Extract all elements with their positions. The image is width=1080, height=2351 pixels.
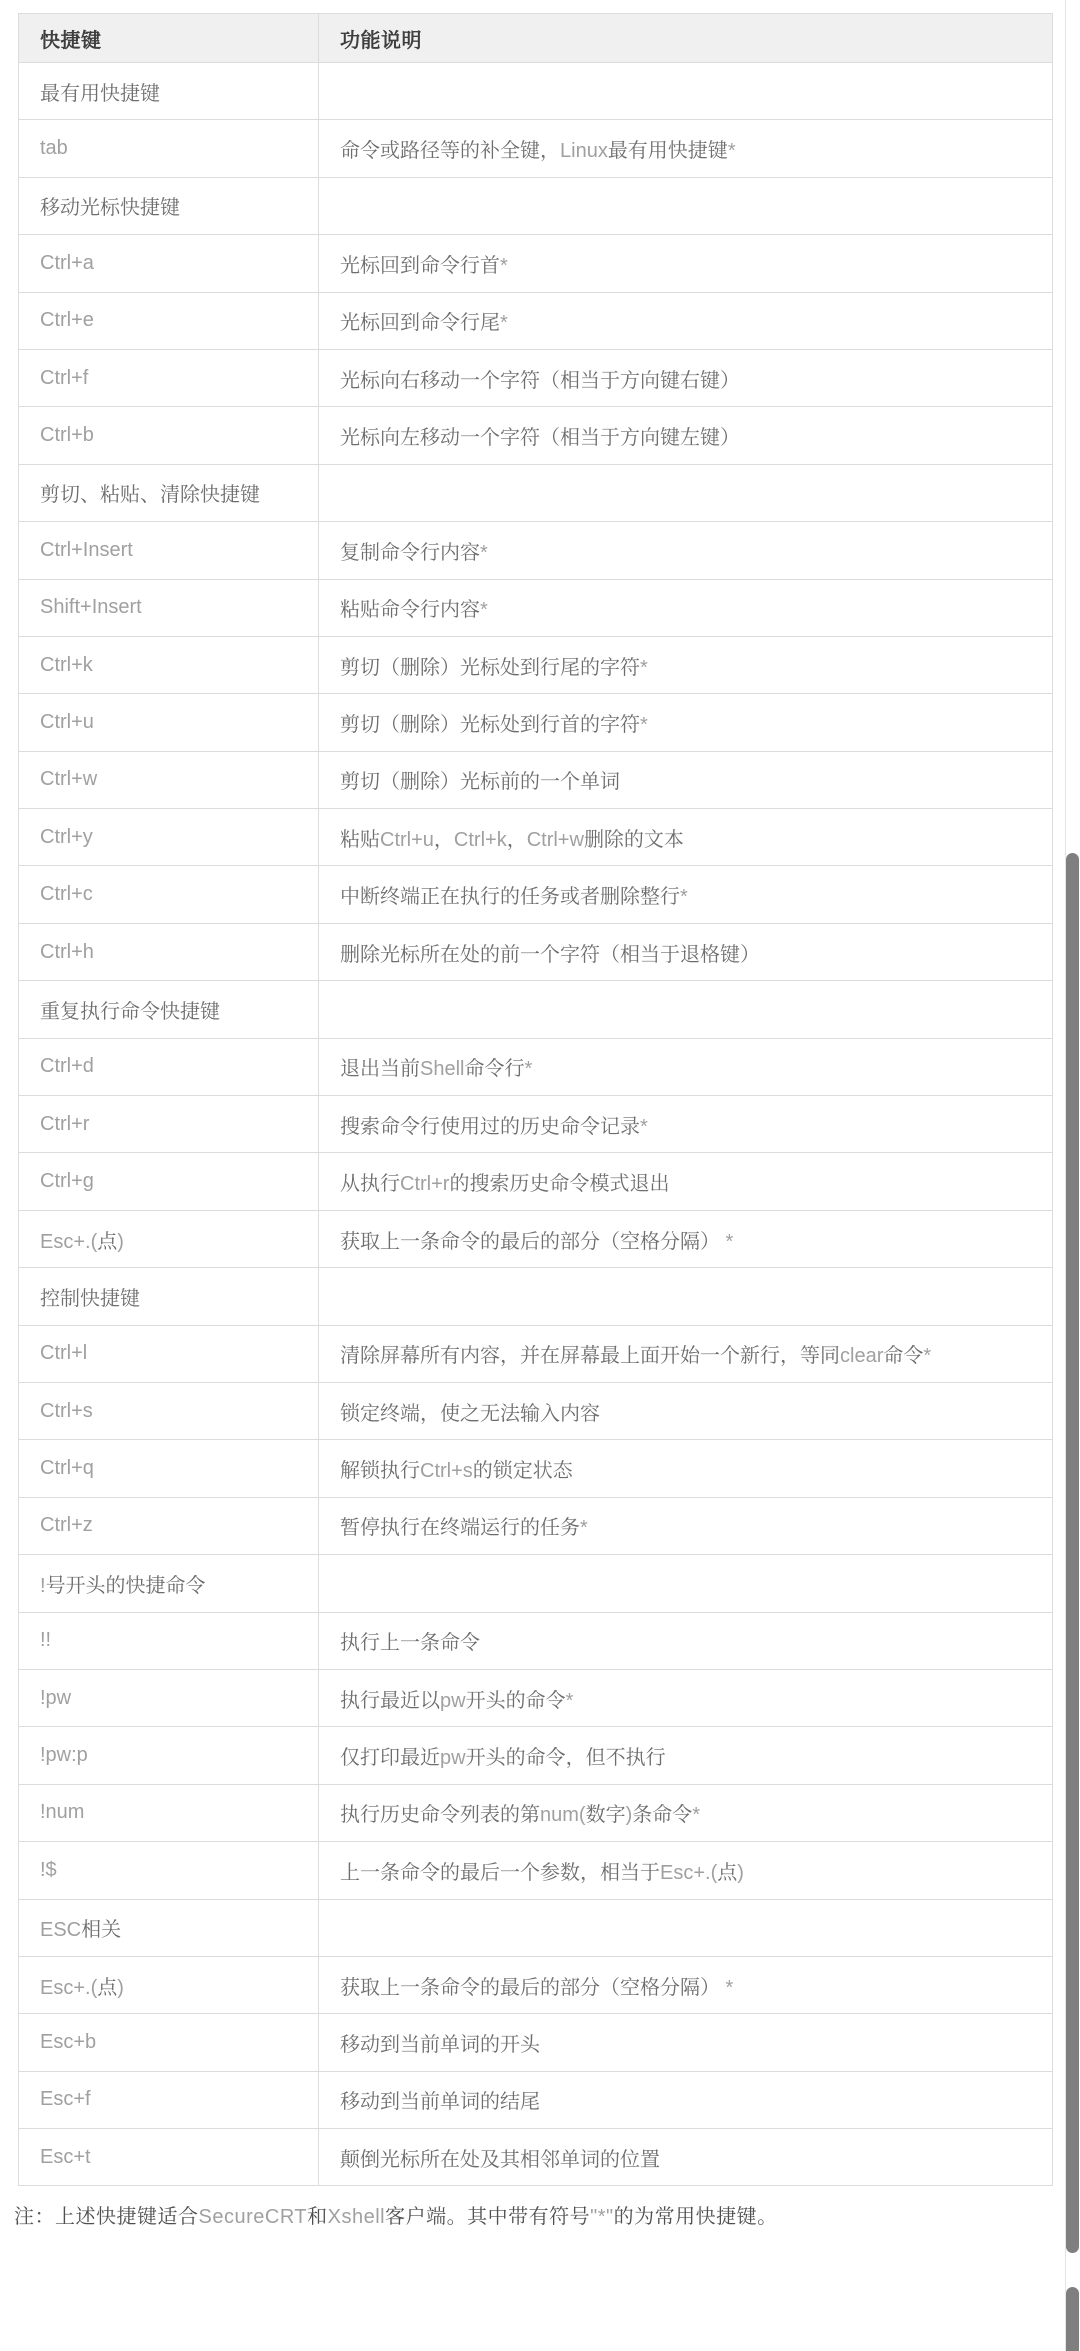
key-cell: Ctrl+g [19,1153,319,1210]
key-cell: !num [19,1784,319,1841]
description-cell: 光标回到命令行首* [319,235,1053,292]
section-row: 移动光标快捷键 [19,177,1053,234]
description-cell: 清除屏幕所有内容，并在屏幕最上面开始一个新行，等同clear命令* [319,1325,1053,1382]
table-row: Esc+f移动到当前单词的结尾 [19,2071,1053,2128]
key-cell: Ctrl+w [19,751,319,808]
description-cell: 获取上一条命令的最后的部分（空格分隔） * [319,1956,1053,2013]
section-row: 控制快捷键 [19,1268,1053,1325]
section-row: !号开头的快捷命令 [19,1555,1053,1612]
table-row: Ctrl+y粘贴Ctrl+u，Ctrl+k，Ctrl+w删除的文本 [19,809,1053,866]
table-row: Ctrl+z暂停执行在终端运行的任务* [19,1497,1053,1554]
key-cell: Ctrl+c [19,866,319,923]
section-row: 最有用快捷键 [19,63,1053,120]
table-row: !!执行上一条命令 [19,1612,1053,1669]
key-cell: Ctrl+k [19,636,319,693]
description-cell: 暂停执行在终端运行的任务* [319,1497,1053,1554]
table-header-row: 快捷键 功能说明 [19,14,1053,63]
description-cell: 光标向右移动一个字符（相当于方向键右键） [319,349,1053,406]
table-row: Esc+.(点)获取上一条命令的最后的部分（空格分隔） * [19,1956,1053,2013]
description-cell [319,464,1053,521]
description-cell: 颠倒光标所在处及其相邻单词的位置 [319,2129,1053,2186]
description-cell: 剪切（删除）光标处到行首的字符* [319,694,1053,751]
section-title-cell: 剪切、粘贴、清除快捷键 [19,464,319,521]
table-row: Esc+.(点)获取上一条命令的最后的部分（空格分隔） * [19,1210,1053,1267]
page: 快捷键 功能说明 最有用快捷键tab命令或路径等的补全键，Linux最有用快捷键… [0,0,1080,2351]
description-cell [319,1899,1053,1956]
description-cell [319,177,1053,234]
description-cell: 粘贴Ctrl+u，Ctrl+k，Ctrl+w删除的文本 [319,809,1053,866]
description-cell: 光标回到命令行尾* [319,292,1053,349]
column-header-desc: 功能说明 [319,14,1053,63]
description-cell: 执行上一条命令 [319,1612,1053,1669]
table-row: Ctrl+g从执行Ctrl+r的搜索历史命令模式退出 [19,1153,1053,1210]
key-cell: !pw:p [19,1727,319,1784]
table-row: !pw:p仅打印最近pw开头的命令，但不执行 [19,1727,1053,1784]
description-cell: 执行最近以pw开头的命令* [319,1669,1053,1726]
footnote: 注：上述快捷键适合SecureCRT和Xshell客户端。其中带有符号"*"的为… [14,2202,1044,2232]
description-cell: 解锁执行Ctrl+s的锁定状态 [319,1440,1053,1497]
key-cell: Ctrl+u [19,694,319,751]
key-cell: Ctrl+l [19,1325,319,1382]
table-row: Ctrl+h删除光标所在处的前一个字符（相当于退格键） [19,923,1053,980]
description-cell: 锁定终端，使之无法输入内容 [319,1382,1053,1439]
description-cell: 粘贴命令行内容* [319,579,1053,636]
description-cell: 移动到当前单词的开头 [319,2014,1053,2071]
key-cell: Ctrl+q [19,1440,319,1497]
key-cell: Ctrl+a [19,235,319,292]
key-cell: Ctrl+f [19,349,319,406]
description-cell: 退出当前Shell命令行* [319,1038,1053,1095]
description-cell: 从执行Ctrl+r的搜索历史命令模式退出 [319,1153,1053,1210]
key-cell: Ctrl+e [19,292,319,349]
table-row: Ctrl+k剪切（删除）光标处到行尾的字符* [19,636,1053,693]
shortcuts-table: 快捷键 功能说明 最有用快捷键tab命令或路径等的补全键，Linux最有用快捷键… [18,13,1053,2186]
key-cell: Ctrl+d [19,1038,319,1095]
section-title-cell: 最有用快捷键 [19,63,319,120]
key-cell: Esc+f [19,2071,319,2128]
scrollbar-thumb-bottom[interactable] [1066,2287,1079,2351]
section-row: ESC相关 [19,1899,1053,1956]
description-cell [319,63,1053,120]
key-cell: !! [19,1612,319,1669]
key-cell: Esc+.(点) [19,1956,319,2013]
table-row: Ctrl+d退出当前Shell命令行* [19,1038,1053,1095]
column-header-key: 快捷键 [19,14,319,63]
table-row: Ctrl+c中断终端正在执行的任务或者删除整行* [19,866,1053,923]
table-row: Ctrl+u剪切（删除）光标处到行首的字符* [19,694,1053,751]
table-row: Ctrl+e光标回到命令行尾* [19,292,1053,349]
section-title-cell: ESC相关 [19,1899,319,1956]
description-cell [319,981,1053,1038]
description-cell: 上一条命令的最后一个参数，相当于Esc+.(点) [319,1842,1053,1899]
section-title-cell: 移动光标快捷键 [19,177,319,234]
key-cell: Ctrl+r [19,1096,319,1153]
description-cell: 获取上一条命令的最后的部分（空格分隔） * [319,1210,1053,1267]
table-row: Ctrl+b光标向左移动一个字符（相当于方向键左键） [19,407,1053,464]
table-row: Ctrl+r搜索命令行使用过的历史命令记录* [19,1096,1053,1153]
table-row: tab命令或路径等的补全键，Linux最有用快捷键* [19,120,1053,177]
scrollbar-thumb[interactable] [1066,853,1079,2253]
section-row: 重复执行命令快捷键 [19,981,1053,1038]
section-title-cell: !号开头的快捷命令 [19,1555,319,1612]
key-cell: !pw [19,1669,319,1726]
key-cell: Ctrl+y [19,809,319,866]
table-row: Shift+Insert粘贴命令行内容* [19,579,1053,636]
description-cell [319,1555,1053,1612]
key-cell: Esc+.(点) [19,1210,319,1267]
table-row: Ctrl+Insert复制命令行内容* [19,522,1053,579]
key-cell: Ctrl+h [19,923,319,980]
description-cell: 仅打印最近pw开头的命令，但不执行 [319,1727,1053,1784]
key-cell: Ctrl+Insert [19,522,319,579]
key-cell: Shift+Insert [19,579,319,636]
description-cell: 剪切（删除）光标处到行尾的字符* [319,636,1053,693]
table-row: Ctrl+f光标向右移动一个字符（相当于方向键右键） [19,349,1053,406]
section-title-cell: 控制快捷键 [19,1268,319,1325]
key-cell: Esc+t [19,2129,319,2186]
key-cell: Ctrl+s [19,1382,319,1439]
description-cell: 光标向左移动一个字符（相当于方向键左键） [319,407,1053,464]
section-title-cell: 重复执行命令快捷键 [19,981,319,1038]
description-cell: 命令或路径等的补全键，Linux最有用快捷键* [319,120,1053,177]
table-row: !$上一条命令的最后一个参数，相当于Esc+.(点) [19,1842,1053,1899]
table-row: !pw执行最近以pw开头的命令* [19,1669,1053,1726]
table-row: Ctrl+w剪切（删除）光标前的一个单词 [19,751,1053,808]
key-cell: Ctrl+z [19,1497,319,1554]
key-cell: Esc+b [19,2014,319,2071]
table-row: Esc+t颠倒光标所在处及其相邻单词的位置 [19,2129,1053,2186]
table-row: !num执行历史命令列表的第num(数字)条命令* [19,1784,1053,1841]
table-row: Ctrl+l清除屏幕所有内容，并在屏幕最上面开始一个新行，等同clear命令* [19,1325,1053,1382]
key-cell: tab [19,120,319,177]
description-cell: 复制命令行内容* [319,522,1053,579]
section-row: 剪切、粘贴、清除快捷键 [19,464,1053,521]
table-body: 最有用快捷键tab命令或路径等的补全键，Linux最有用快捷键*移动光标快捷键C… [19,63,1053,2186]
description-cell: 删除光标所在处的前一个字符（相当于退格键） [319,923,1053,980]
table-row: Ctrl+s锁定终端，使之无法输入内容 [19,1382,1053,1439]
table-row: Esc+b移动到当前单词的开头 [19,2014,1053,2071]
description-cell: 移动到当前单词的结尾 [319,2071,1053,2128]
description-cell: 中断终端正在执行的任务或者删除整行* [319,866,1053,923]
description-cell: 搜索命令行使用过的历史命令记录* [319,1096,1053,1153]
description-cell: 剪切（删除）光标前的一个单词 [319,751,1053,808]
key-cell: !$ [19,1842,319,1899]
table-row: Ctrl+a光标回到命令行首* [19,235,1053,292]
description-cell [319,1268,1053,1325]
description-cell: 执行历史命令列表的第num(数字)条命令* [319,1784,1053,1841]
key-cell: Ctrl+b [19,407,319,464]
table-row: Ctrl+q解锁执行Ctrl+s的锁定状态 [19,1440,1053,1497]
